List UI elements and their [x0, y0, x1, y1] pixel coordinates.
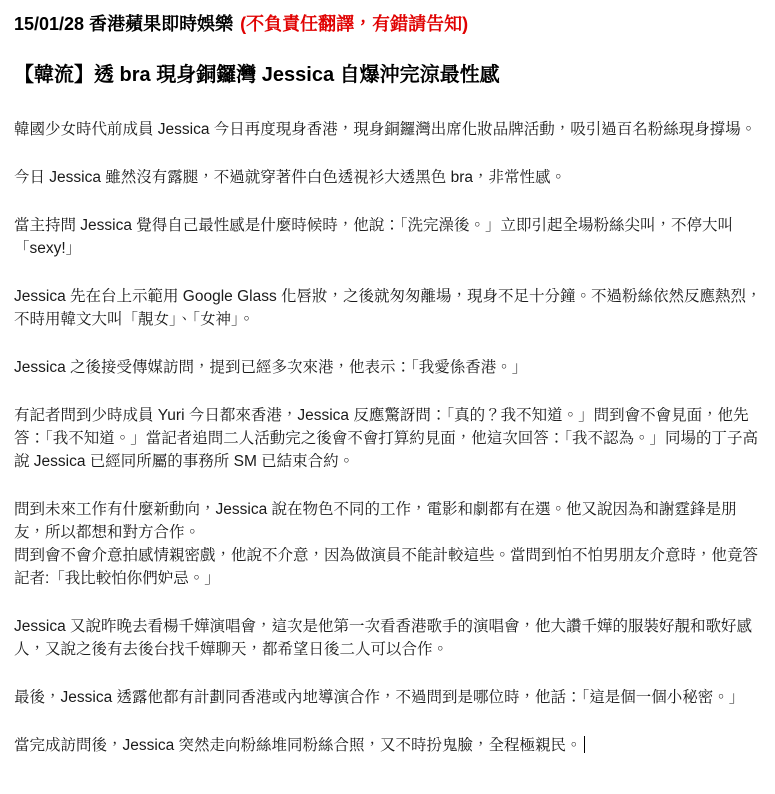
- paragraph-yuri-question: 有記者問到少時成員 Yuri 今日都來香港，Jessica 反應驚訝問：「真的？…: [14, 404, 763, 473]
- paragraph-future-work: 問到未來工作有什麼新動向，Jessica 說在物色不同的工作，電影和劇都有在選。…: [14, 498, 763, 544]
- header-disclaimer: (不負責任翻譯，有錯請告知): [240, 14, 468, 34]
- header-line: 15/01/28 香港蘋果即時娛樂(不負責任翻譯，有錯請告知): [14, 12, 763, 36]
- paragraph-intro: 韓國少女時代前成員 Jessica 今日再度現身香港，現身銅鑼灣出席化妝品牌活動…: [14, 118, 763, 141]
- paragraph-concert: Jessica 又說昨晚去看楊千嬅演唱會，這次是他第一次看香港歌手的演唱會，他大…: [14, 615, 763, 661]
- paragraph-media-interview: Jessica 之後接受傳媒訪問，提到已經多次來港，他表示：「我愛係香港。」: [14, 356, 763, 379]
- paragraph-closing-text: 當完成訪問後，Jessica 突然走向粉絲堆同粉絲合照，又不時扮鬼臉，全程極親民…: [14, 737, 582, 754]
- paragraph-intimate-scenes: 問到會不會介意拍感情親密戲，他說不介意，因為做演員不能計較這些。當問到怕不怕男朋…: [14, 544, 763, 590]
- header-date-source: 15/01/28 香港蘋果即時娛樂: [14, 14, 233, 34]
- paragraph-closing: 當完成訪問後，Jessica 突然走向粉絲堆同粉絲合照，又不時扮鬼臉，全程極親民…: [14, 734, 763, 757]
- paragraph-director-secret: 最後，Jessica 透露他都有計劃同香港或內地導演合作，不過問到是哪位時，他話…: [14, 686, 763, 709]
- paragraph-google-glass: Jessica 先在台上示範用 Google Glass 化唇妝，之後就匆匆離場…: [14, 285, 763, 331]
- text-cursor: [584, 736, 586, 753]
- article-title: 【韓流】透 bra 現身銅鑼灣 Jessica 自爆沖完涼最性感: [14, 62, 763, 88]
- paragraph-outfit: 今日 Jessica 雖然沒有露腿，不過就穿著件白色透視衫大透黑色 bra，非常…: [14, 166, 763, 189]
- paragraph-host-question: 當主持問 Jessica 覺得自己最性感是什麼時候時，他說：「洗完澡後。」立即引…: [14, 214, 763, 260]
- document-page[interactable]: 15/01/28 香港蘋果即時娛樂(不負責任翻譯，有錯請告知) 【韓流】透 br…: [0, 0, 775, 794]
